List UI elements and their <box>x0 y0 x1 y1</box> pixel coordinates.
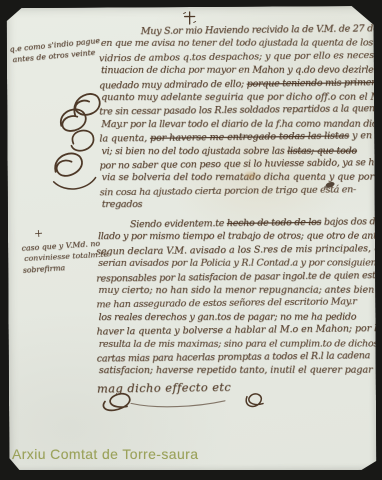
manuscript-paragraph-2: Siendo evidentem.te hecho de todo de los… <box>96 216 375 395</box>
document-page: q.e como s'indio pagueantes de otros vei… <box>7 6 377 472</box>
margin-note-top: q.e como s'indio pagueantes de otros vei… <box>9 34 111 65</box>
manuscript-line: la quenta, por haverse me entregado toda… <box>99 129 371 146</box>
paper-stain <box>240 169 262 183</box>
manuscript-line: tregados <box>102 198 372 212</box>
manuscript-line: satisfacion; haverse repetido tanto, inu… <box>99 364 375 378</box>
scan-background: q.e como s'indio pagueantes de otros vei… <box>0 0 382 480</box>
manuscript-line: serian avisados por la Policia y R.l Con… <box>98 257 374 271</box>
manuscript-line: tinuacion de dicha por mayor en Mahon y … <box>101 64 371 78</box>
manuscript-line: haver la quenta y bolverse a hablar al M… <box>96 322 374 339</box>
closing-flourish-icon <box>97 378 307 415</box>
archive-watermark-caption: Arxiu Comtat de Torre-saura <box>12 446 198 462</box>
margin-note-cross-icon: + <box>33 227 43 241</box>
